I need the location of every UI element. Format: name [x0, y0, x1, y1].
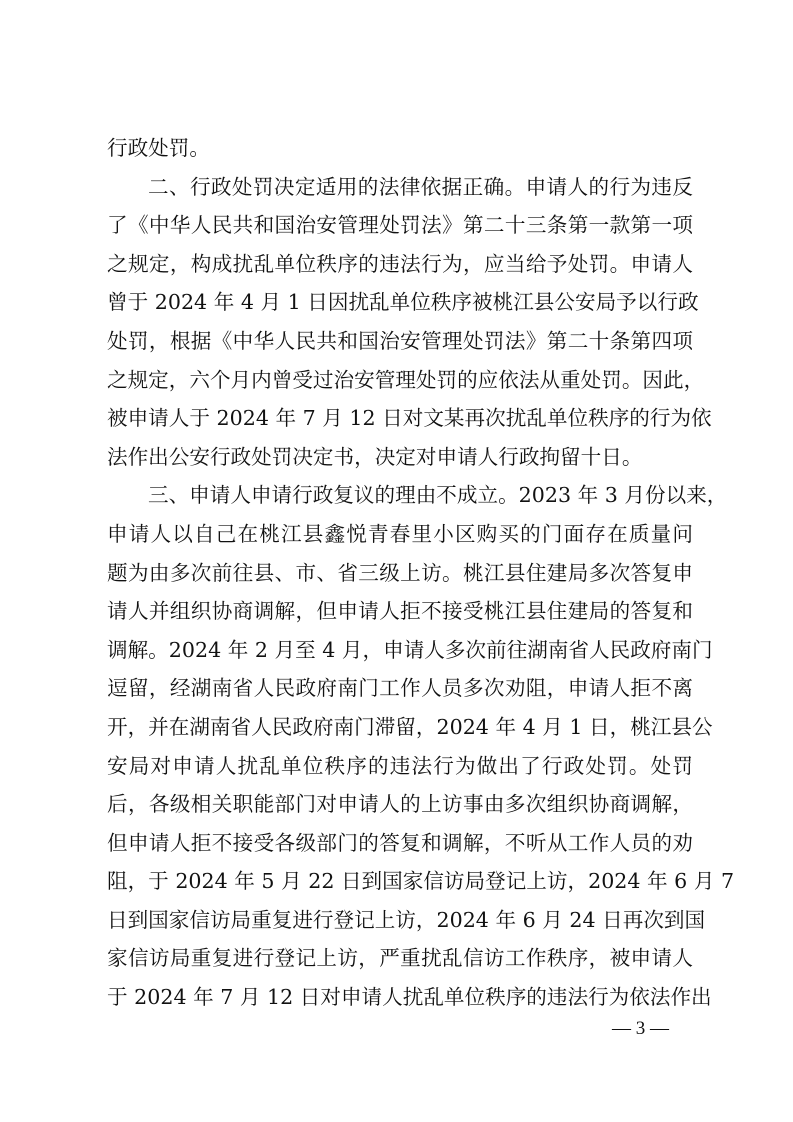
text-line-12: 题为由多次前往县、市、省三级上访。桃江县住建局多次答复申 [107, 554, 693, 593]
text-line-7: 之规定，六个月内曾受过治安管理处罚的应依法从重处罚。因此， [107, 361, 693, 400]
text-line-18: 后，各级相关职能部门对申请人的上访事由多次组织协商调解， [107, 785, 693, 824]
text-line-2-section-two-heading: 二、行政处罚决定适用的法律依据正确。申请人的行为违反 [107, 168, 693, 207]
text-line-11: 申请人以自己在桃江县鑫悦青春里小区购买的门面存在质量问 [107, 515, 693, 554]
text-line-1: 行政处罚。 [107, 129, 693, 168]
text-line-14: 调解。2024 年 2 月至 4 月，申请人多次前往湖南省人民政府南门 [107, 631, 693, 670]
text-line-6: 处罚，根据《中华人民共和国治安管理处罚法》第二十条第四项 [107, 322, 693, 361]
document-body: 行政处罚。 二、行政处罚决定适用的法律依据正确。申请人的行为违反 了《中华人民共… [107, 129, 693, 1017]
page-number: — 3 — [612, 1018, 669, 1040]
text-line-22: 家信访局重复进行登记上访，严重扰乱信访工作秩序，被申请人 [107, 939, 693, 978]
text-line-19: 但申请人拒不接受各级部门的答复和调解，不听从工作人员的劝 [107, 824, 693, 863]
text-line-10-section-three-heading: 三、申请人申请行政复议的理由不成立。2023 年 3 月份以来， [107, 476, 693, 515]
text-line-3: 了《中华人民共和国治安管理处罚法》第二十三条第一款第一项 [107, 206, 693, 245]
text-line-15: 逗留，经湖南省人民政府南门工作人员多次劝阻，申请人拒不离 [107, 669, 693, 708]
text-line-20: 阻，于 2024 年 5 月 22 日到国家信访局登记上访，2024 年 6 月… [107, 862, 693, 901]
text-line-5: 曾于 2024 年 4 月 1 日因扰乱单位秩序被桃江县公安局予以行政 [107, 283, 693, 322]
text-line-16: 开，并在湖南省人民政府南门滞留，2024 年 4 月 1 日，桃江县公 [107, 708, 693, 747]
text-line-4: 之规定，构成扰乱单位秩序的违法行为，应当给予处罚。申请人 [107, 245, 693, 284]
text-line-17: 安局对申请人扰乱单位秩序的违法行为做出了行政处罚。处罚 [107, 747, 693, 786]
text-line-21: 日到国家信访局重复进行登记上访，2024 年 6 月 24 日再次到国 [107, 901, 693, 940]
text-line-23: 于 2024 年 7 月 12 日对申请人扰乱单位秩序的违法行为依法作出 [107, 978, 693, 1017]
text-line-9: 法作出公安行政处罚决定书，决定对申请人行政拘留十日。 [107, 438, 693, 477]
text-line-13: 请人并组织协商调解，但申请人拒不接受桃江县住建局的答复和 [107, 592, 693, 631]
text-line-8: 被申请人于 2024 年 7 月 12 日对文某再次扰乱单位秩序的行为依 [107, 399, 693, 438]
